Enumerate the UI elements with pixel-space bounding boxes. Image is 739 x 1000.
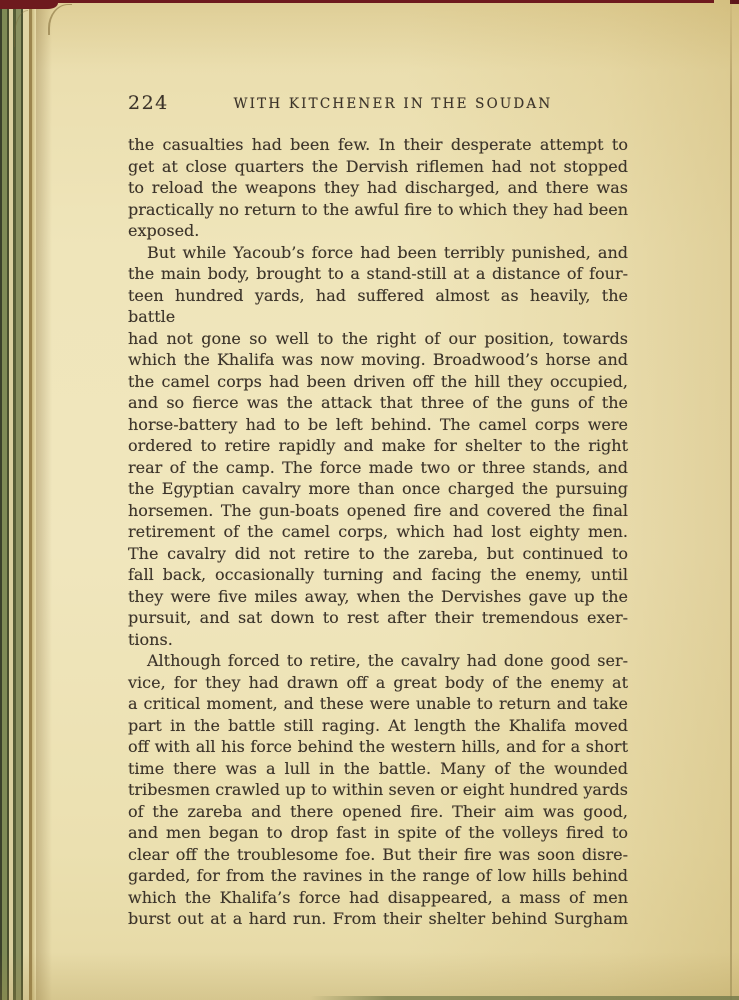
text-line: exposed. [128, 220, 628, 242]
text-line: burst out at a hard run. From their shel… [128, 908, 628, 930]
text-line: which the Khalifa was now moving. Broadw… [128, 349, 628, 371]
text-line: clear off the troublesome foe. But their… [128, 844, 628, 866]
running-head: WITH KITCHENER IN THE SOUDAN [158, 96, 628, 112]
text-line: The cavalry did not retire to the zareba… [128, 543, 628, 565]
cover-edge-top [0, 0, 714, 3]
text-line: a critical moment, and these were unable… [128, 693, 628, 715]
text-line: the camel corps had been driven off the … [128, 371, 628, 393]
text-line: get at close quarters the Dervish riflem… [128, 156, 628, 178]
text-line: fall back, occasionally turning and faci… [128, 564, 628, 586]
bottom-shading [0, 952, 739, 1000]
text-line: off with all his force behind the wester… [128, 736, 628, 758]
text-line: But while Yacoub’s force had been terrib… [128, 242, 628, 264]
text-line: tribesmen crawled up to within seven or … [128, 779, 628, 801]
page-header: 224 WITH KITCHENER IN THE SOUDAN [128, 92, 628, 134]
text-line: horse-battery had to be left behind. The… [128, 414, 628, 436]
text-line: part in the battle still raging. At leng… [128, 715, 628, 737]
text-line: practically no return to the awful fire … [128, 199, 628, 221]
text-line: time there was a lull in the battle. Man… [128, 758, 628, 780]
text-line: horsemen. The gun-boats opened fire and … [128, 500, 628, 522]
text-line: Although forced to retire, the cavalry h… [128, 650, 628, 672]
text-line: retirement of the camel corps, which had… [128, 521, 628, 543]
text-line: to reload the weapons they had discharge… [128, 177, 628, 199]
body-text: the casualties had been few. In their de… [128, 134, 628, 930]
page-gutter-shadow [36, 0, 52, 1000]
text-line: pursuit, and sat down to rest after thei… [128, 607, 628, 629]
text-line: they were five miles away, when the Derv… [128, 586, 628, 608]
text-line: rear of the camp. The force made two or … [128, 457, 628, 479]
page-edge-bottom [310, 996, 739, 1000]
text-line: teen hundred yards, had suffered almost … [128, 285, 628, 328]
book-scan: 224 WITH KITCHENER IN THE SOUDAN the cas… [0, 0, 739, 1000]
text-line: ordered to retire rapidly and make for s… [128, 435, 628, 457]
text-line: and so fierce was the attack that three … [128, 392, 628, 414]
page-edge-right [730, 0, 732, 1000]
text-line: the Egyptian cavalry more than once char… [128, 478, 628, 500]
text-line: tions. [128, 629, 628, 651]
page-content: 224 WITH KITCHENER IN THE SOUDAN the cas… [128, 92, 628, 930]
text-line: of the zareba and there opened fire. The… [128, 801, 628, 823]
text-line: garded, for from the ravines in the rang… [128, 865, 628, 887]
text-line: vice, for they had drawn off a great bod… [128, 672, 628, 694]
page-edges-left [0, 0, 36, 1000]
text-line: and men began to drop fast in spite of t… [128, 822, 628, 844]
text-line: the main body, brought to a stand-still … [128, 263, 628, 285]
cover-edge-top-left [0, 0, 58, 9]
text-line: which the Khalifa’s force had disappeare… [128, 887, 628, 909]
text-line: had not gone so well to the right of our… [128, 328, 628, 350]
text-line: the casualties had been few. In their de… [128, 134, 628, 156]
